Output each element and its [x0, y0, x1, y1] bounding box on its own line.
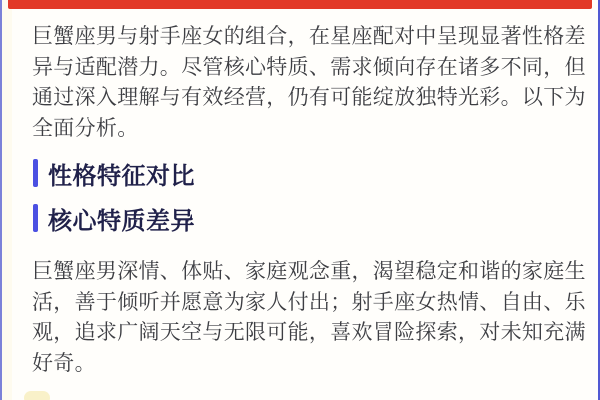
traits-line: 观，追求广阔天空与无限可能，喜欢冒险探索，对未知充满 — [32, 318, 580, 349]
intro-line: 全面分析。 — [32, 114, 580, 145]
section-heading-personality: 性格特征对比 — [33, 159, 195, 187]
heading-accent-bar — [33, 204, 38, 232]
traits-line: 活，善于倾听并愿意为家人付出；射手座女热情、自由、乐 — [32, 288, 580, 319]
traits-paragraph: 巨蟹座男深情、体贴、家庭观念重，渴望稳定和谐的家庭生 活，善于倾听并愿意为家人付… — [32, 257, 580, 379]
cutoff-emoji — [24, 391, 50, 400]
top-accent-bar — [8, 0, 592, 9]
intro-line: 通过深入理解与有效经营，仍有可能绽放独特光彩。以下为 — [32, 83, 580, 114]
intro-paragraph: 巨蟹座男与射手座女的组合，在星座配对中呈现显著性格差 异与适配潜力。尽管核心特质… — [32, 22, 580, 144]
heading-accent-bar — [33, 159, 38, 187]
traits-line: 巨蟹座男深情、体贴、家庭观念重，渴望稳定和谐的家庭生 — [32, 257, 580, 288]
traits-line: 好奇。 — [32, 349, 580, 380]
intro-line: 异与适配潜力。尽管核心特质、需求倾向存在诸多不同，但 — [32, 53, 580, 84]
section-heading-core-traits: 核心特质差异 — [33, 204, 195, 232]
article-page: 巨蟹座男与射手座女的组合，在星座配对中呈现显著性格差 异与适配潜力。尽管核心特质… — [0, 0, 600, 400]
heading-text: 性格特征对比 — [48, 156, 195, 191]
left-cream-strip — [2, 0, 12, 400]
heading-text: 核心特质差异 — [48, 201, 195, 236]
intro-line: 巨蟹座男与射手座女的组合，在星座配对中呈现显著性格差 — [32, 22, 580, 53]
